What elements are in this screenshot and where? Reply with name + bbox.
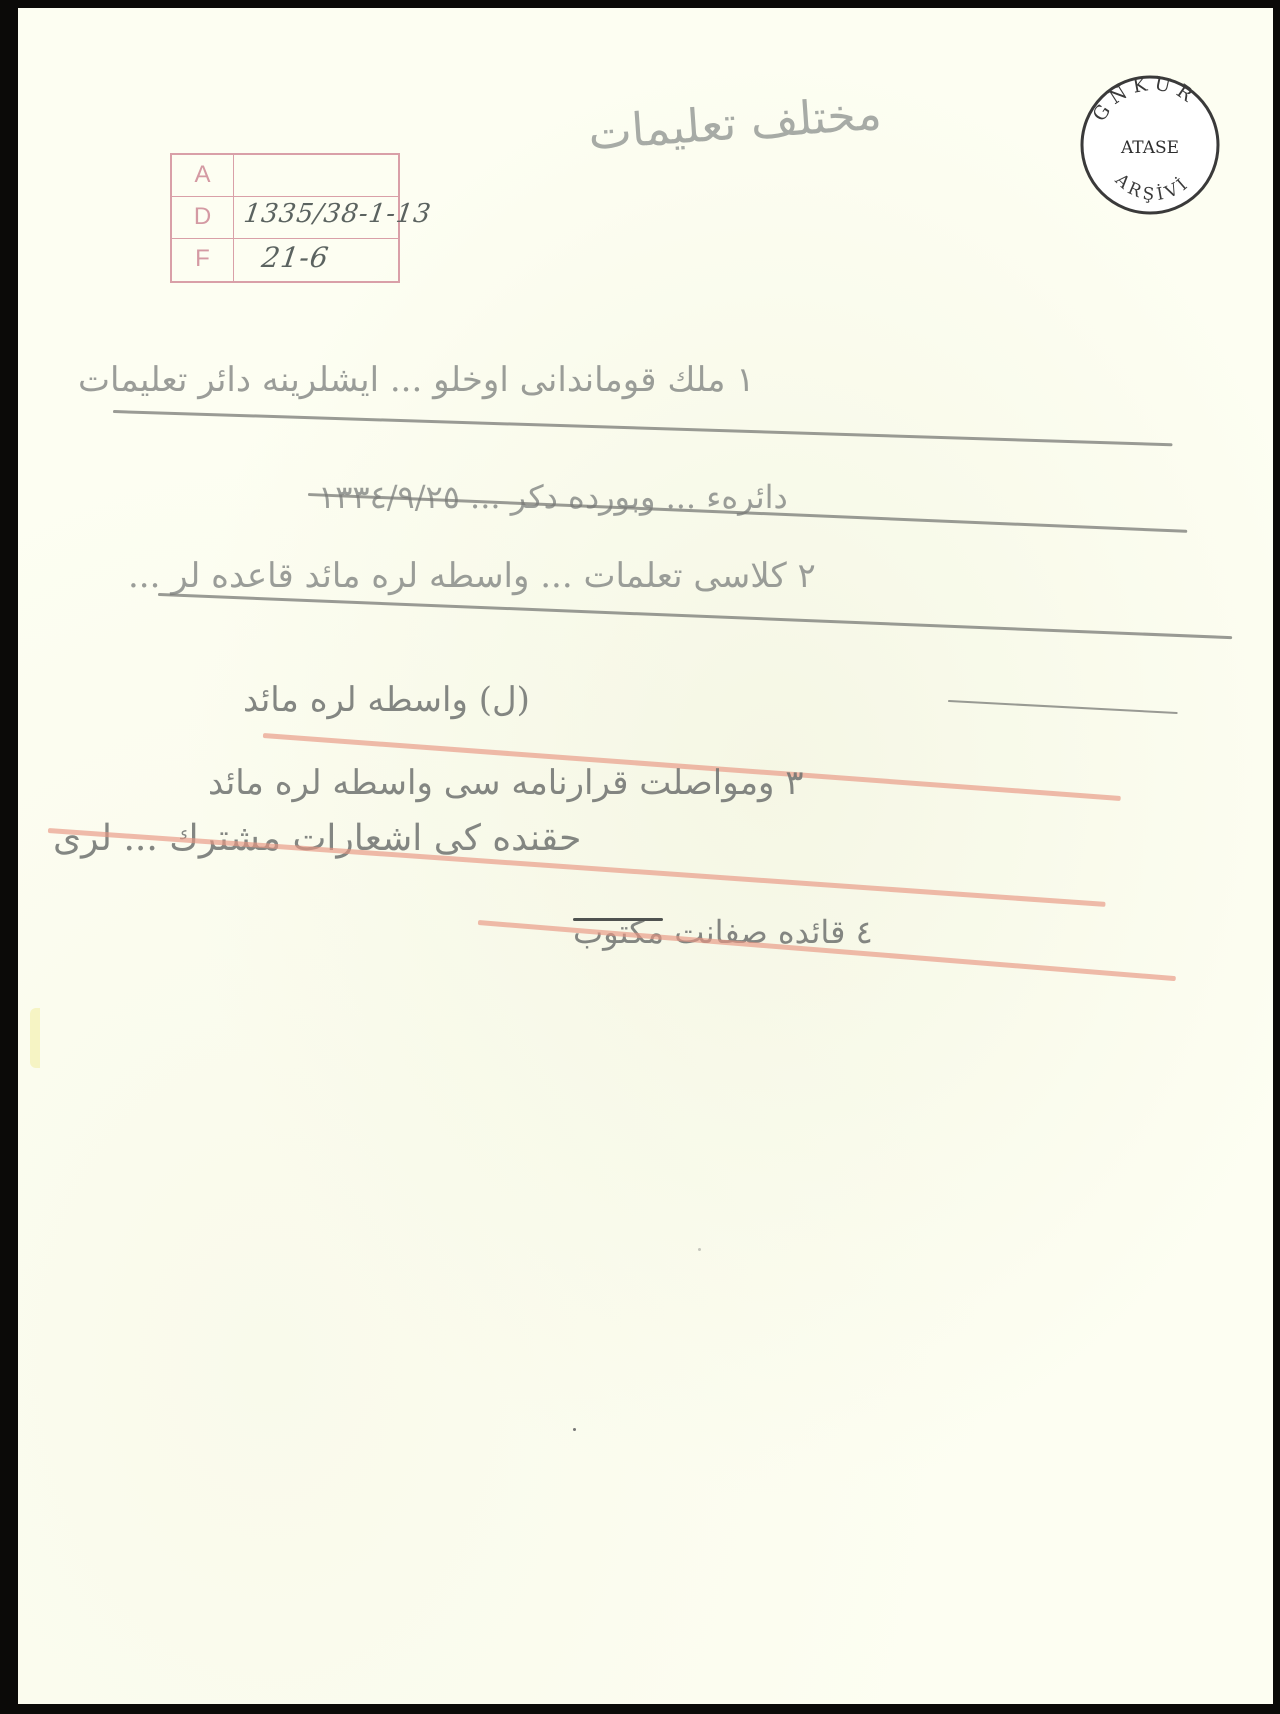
strike-line-3 (158, 593, 1232, 639)
document-title: مختلف تعليمات (586, 86, 883, 160)
underline-line-7 (573, 918, 663, 921)
body-line-3: ٢ كلاسى تعلمات ... واسطه لره مائد قاعده … (128, 556, 816, 596)
document-page: مختلف تعليمات A D 1335/38-1-13 F 21-6 GN… (18, 8, 1273, 1704)
archive-value-f: 21-6 (260, 241, 332, 274)
body-line-5: ٣ ومواصلت قرارنامه سى واسطه لره مائد (208, 763, 804, 803)
archive-label-a: A (172, 155, 234, 196)
archive-label-f: F (172, 239, 234, 281)
body-line-1: ١ ملك قوماندانى اوخلو ... ايشلرينه دائر … (78, 360, 755, 400)
archive-row-a: A (172, 155, 398, 197)
line-number-1: ١ (736, 360, 754, 400)
line-text-3: كلاسى تعلمات ... واسطه لره مائد قاعده لر… (128, 556, 787, 596)
paper-speck (698, 1248, 701, 1251)
archive-row-d: D 1335/38-1-13 (172, 197, 398, 239)
paper-edge-tab (30, 1008, 40, 1068)
paper-speck (573, 1428, 576, 1431)
archive-stamp: GNKUR ATASE ARŞİVİ (1078, 73, 1223, 218)
line-text-5: ومواصلت قرارنامه سى واسطه لره مائد (208, 763, 774, 803)
bracket-overline (948, 700, 1178, 714)
stamp-circle-icon: GNKUR ATASE ARŞİVİ (1078, 73, 1223, 218)
line-number-7: ٤ (856, 913, 873, 951)
stamp-center-text: ATASE (1120, 138, 1179, 158)
archive-reference-box: A D 1335/38-1-13 F 21-6 (170, 153, 400, 283)
archive-row-f: F 21-6 (172, 239, 398, 281)
line-number-5: ٣ (785, 763, 803, 803)
line-text-4: (ل) واسطه لره مائد (243, 680, 530, 720)
archive-label-d: D (172, 197, 234, 238)
archive-value-d: 1335/38-1-13 (242, 199, 433, 229)
line-number-3: ٢ (798, 556, 816, 596)
strike-line-1 (113, 410, 1173, 446)
line-text-1: ملك قوماندانى اوخلو ... ايشلرينه دائر تع… (78, 360, 725, 400)
body-line-4: (ل) واسطه لره مائد (243, 680, 530, 720)
